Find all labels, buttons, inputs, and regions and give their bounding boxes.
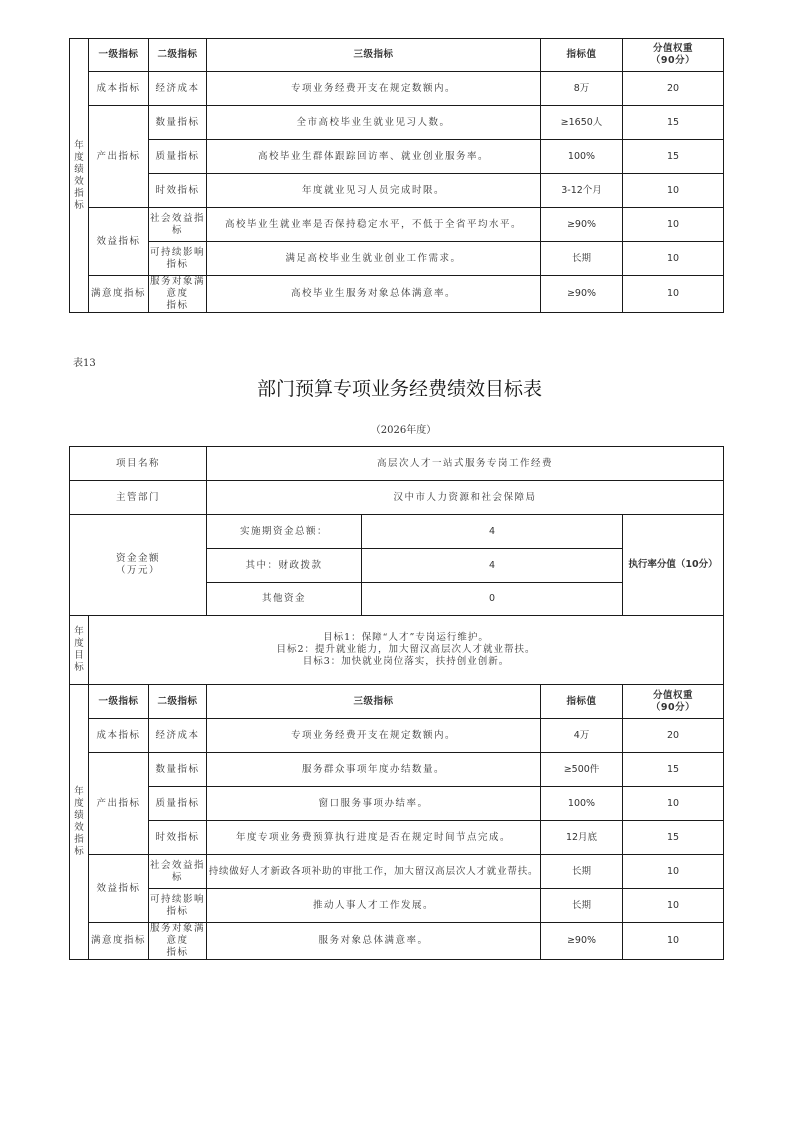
table-row: 质量指标 窗口服务事项办结率。 100% 10: [70, 787, 724, 821]
table-row: 可持续影响指标 推动人事人才工作发展。 长期 10: [70, 889, 724, 923]
page-title: 部门预算专项业务经费绩效目标表: [0, 374, 793, 401]
funds-amount-label: 资金金额（万元）: [70, 515, 207, 616]
header-value: 指标值: [541, 39, 623, 72]
table-row: 成本指标 经济成本 专项业务经费开支在规定数额内。 8万 20: [70, 72, 724, 106]
header-value: 指标值: [541, 685, 623, 719]
funds-fiscal-value: 4: [362, 549, 623, 583]
table-row: 质量指标 高校毕业生群体跟踪回访率、就业创业服务率。 100% 15: [70, 140, 724, 174]
annual-goals-text: 目标1：保障“人才”专岗运行维护。 目标2：提升就业能力，加大留汉高层次人才就业…: [89, 616, 724, 685]
performance-indicators-table-prev: 年度绩效指标 一级指标 二级指标 三级指标 指标值 分值权重（90分） 成本指标…: [69, 38, 724, 313]
funds-total-label: 实施期资金总额：: [207, 515, 362, 549]
table-row: 效益指标 社会效益指标 高校毕业生就业率是否保持稳定水平，不低于全省平均水平。 …: [70, 208, 724, 242]
project-name-label: 项目名称: [70, 447, 207, 481]
table-row: 产出指标 数量指标 全市高校毕业生就业见习人数。 ≥1650人 15: [70, 106, 724, 140]
annual-goals-label: 年度目标: [70, 616, 89, 685]
funds-other-label: 其他资金: [207, 583, 362, 616]
header-weight: 分值权重（90分）: [623, 685, 724, 719]
fiscal-year: （2026年度）: [0, 421, 793, 436]
project-info-table: 项目名称 高层次人才一站式服务专岗工作经费 主管部门 汉中市人力资源和社会保障局…: [69, 446, 724, 685]
department-label: 主管部门: [70, 481, 207, 515]
header-level3: 三级指标: [207, 685, 541, 719]
funds-other-value: 0: [362, 583, 623, 616]
performance-indicators-table: 年度绩效指标 一级指标 二级指标 三级指标 指标值 分值权重（90分） 成本指标…: [69, 684, 724, 960]
table-row: 满意度指标 服务对象满意度指标 服务对象总体满意率。 ≥90% 10: [70, 923, 724, 960]
table-row: 产出指标 数量指标 服务群众事项年度办结数量。 ≥500件 15: [70, 753, 724, 787]
header-level2: 二级指标: [149, 39, 207, 72]
funds-fiscal-label: 其中：财政拨款: [207, 549, 362, 583]
department-value: 汉中市人力资源和社会保障局: [207, 481, 724, 515]
project-name-value: 高层次人才一站式服务专岗工作经费: [207, 447, 724, 481]
table-row: 成本指标 经济成本 专项业务经费开支在规定数额内。 4万 20: [70, 719, 724, 753]
table-row: 可持续影响指标 满足高校毕业生就业创业工作需求。 长期 10: [70, 242, 724, 276]
execution-rate-score-label: 执行率分值（10分）: [623, 515, 724, 616]
table-row: 时效指标 年度专项业务费预算执行进度是否在规定时间节点完成。 12月底 15: [70, 821, 724, 855]
table-row: 效益指标 社会效益指标 持续做好人才新政各项补助的审批工作，加大留汉高层次人才就…: [70, 855, 724, 889]
annual-performance-indicators-label: 年度绩效指标: [70, 39, 89, 313]
table-number: 表13: [73, 354, 96, 369]
annual-performance-indicators-label: 年度绩效指标: [70, 685, 89, 960]
table-row: 满意度指标 服务对象满意度指标 高校毕业生服务对象总体满意率。 ≥90% 10: [70, 276, 724, 313]
funds-total-value: 4: [362, 515, 623, 549]
header-level3: 三级指标: [207, 39, 541, 72]
header-level1: 一级指标: [89, 39, 149, 72]
table-row: 时效指标 年度就业见习人员完成时限。 3-12个月 10: [70, 174, 724, 208]
header-level2: 二级指标: [149, 685, 207, 719]
header-level1: 一级指标: [89, 685, 149, 719]
header-weight: 分值权重（90分）: [623, 39, 724, 72]
